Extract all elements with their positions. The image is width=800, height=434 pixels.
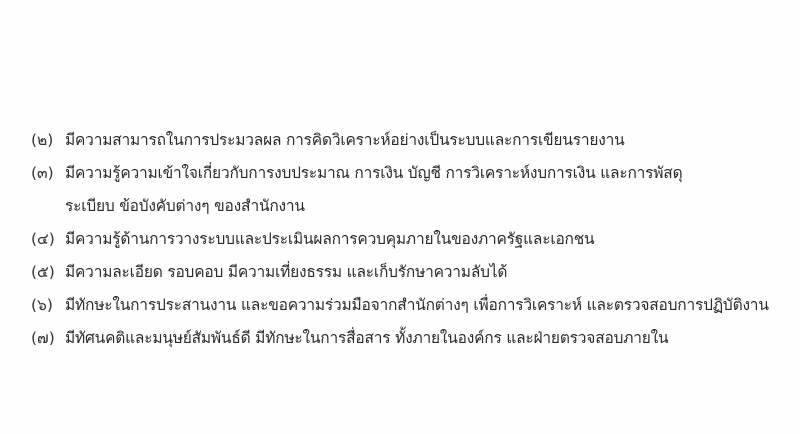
list-item: (๕) มีความละเอียด รอบคอบ มีความเที่ยงธรร… xyxy=(31,256,791,289)
item-number: (๗) xyxy=(31,322,65,355)
item-line: มีความสามารถในการประมวลผล การคิดวิเคราะห… xyxy=(65,124,791,157)
item-number: (๓) xyxy=(31,157,65,190)
list-item: (๖) มีทักษะในการประสานงาน และขอความร่วมม… xyxy=(31,289,791,322)
item-number: (๒) xyxy=(31,124,65,157)
item-line-continuation: ระเบียบ ข้อบังคับต่างๆ ของสำนักงาน xyxy=(65,190,791,223)
item-line: มีความรู้ความเข้าใจเกี่ยวกับการงบประมาณ … xyxy=(65,157,791,190)
item-text: มีความรู้ด้านการวางระบบและประเมินผลการคว… xyxy=(65,223,791,256)
item-text: มีความละเอียด รอบคอบ มีความเที่ยงธรรม แล… xyxy=(65,256,791,289)
list-item: (๔) มีความรู้ด้านการวางระบบและประเมินผลก… xyxy=(31,223,791,256)
item-number: (๔) xyxy=(31,223,65,256)
item-number: (๕) xyxy=(31,256,65,289)
item-line: มีความละเอียด รอบคอบ มีความเที่ยงธรรม แล… xyxy=(65,256,791,289)
item-line: มีทัศนคติและมนุษย์สัมพันธ์ดี มีทักษะในกา… xyxy=(65,322,791,355)
item-number: (๖) xyxy=(31,289,65,322)
list-item: (๓) มีความรู้ความเข้าใจเกี่ยวกับการงบประ… xyxy=(31,157,791,223)
document-page: (๒) มีความสามารถในการประมวลผล การคิดวิเค… xyxy=(0,0,800,434)
item-line: มีความรู้ด้านการวางระบบและประเมินผลการคว… xyxy=(65,223,791,256)
item-text: มีความรู้ความเข้าใจเกี่ยวกับการงบประมาณ … xyxy=(65,157,791,223)
list-item: (๒) มีความสามารถในการประมวลผล การคิดวิเค… xyxy=(31,124,791,157)
item-text: มีทักษะในการประสานงาน และขอความร่วมมือจา… xyxy=(65,289,791,322)
item-line: มีทักษะในการประสานงาน และขอความร่วมมือจา… xyxy=(65,289,791,322)
item-text: มีความสามารถในการประมวลผล การคิดวิเคราะห… xyxy=(65,124,791,157)
list-item: (๗) มีทัศนคติและมนุษย์สัมพันธ์ดี มีทักษะ… xyxy=(31,322,791,355)
qualification-list: (๒) มีความสามารถในการประมวลผล การคิดวิเค… xyxy=(31,124,791,355)
item-text: มีทัศนคติและมนุษย์สัมพันธ์ดี มีทักษะในกา… xyxy=(65,322,791,355)
